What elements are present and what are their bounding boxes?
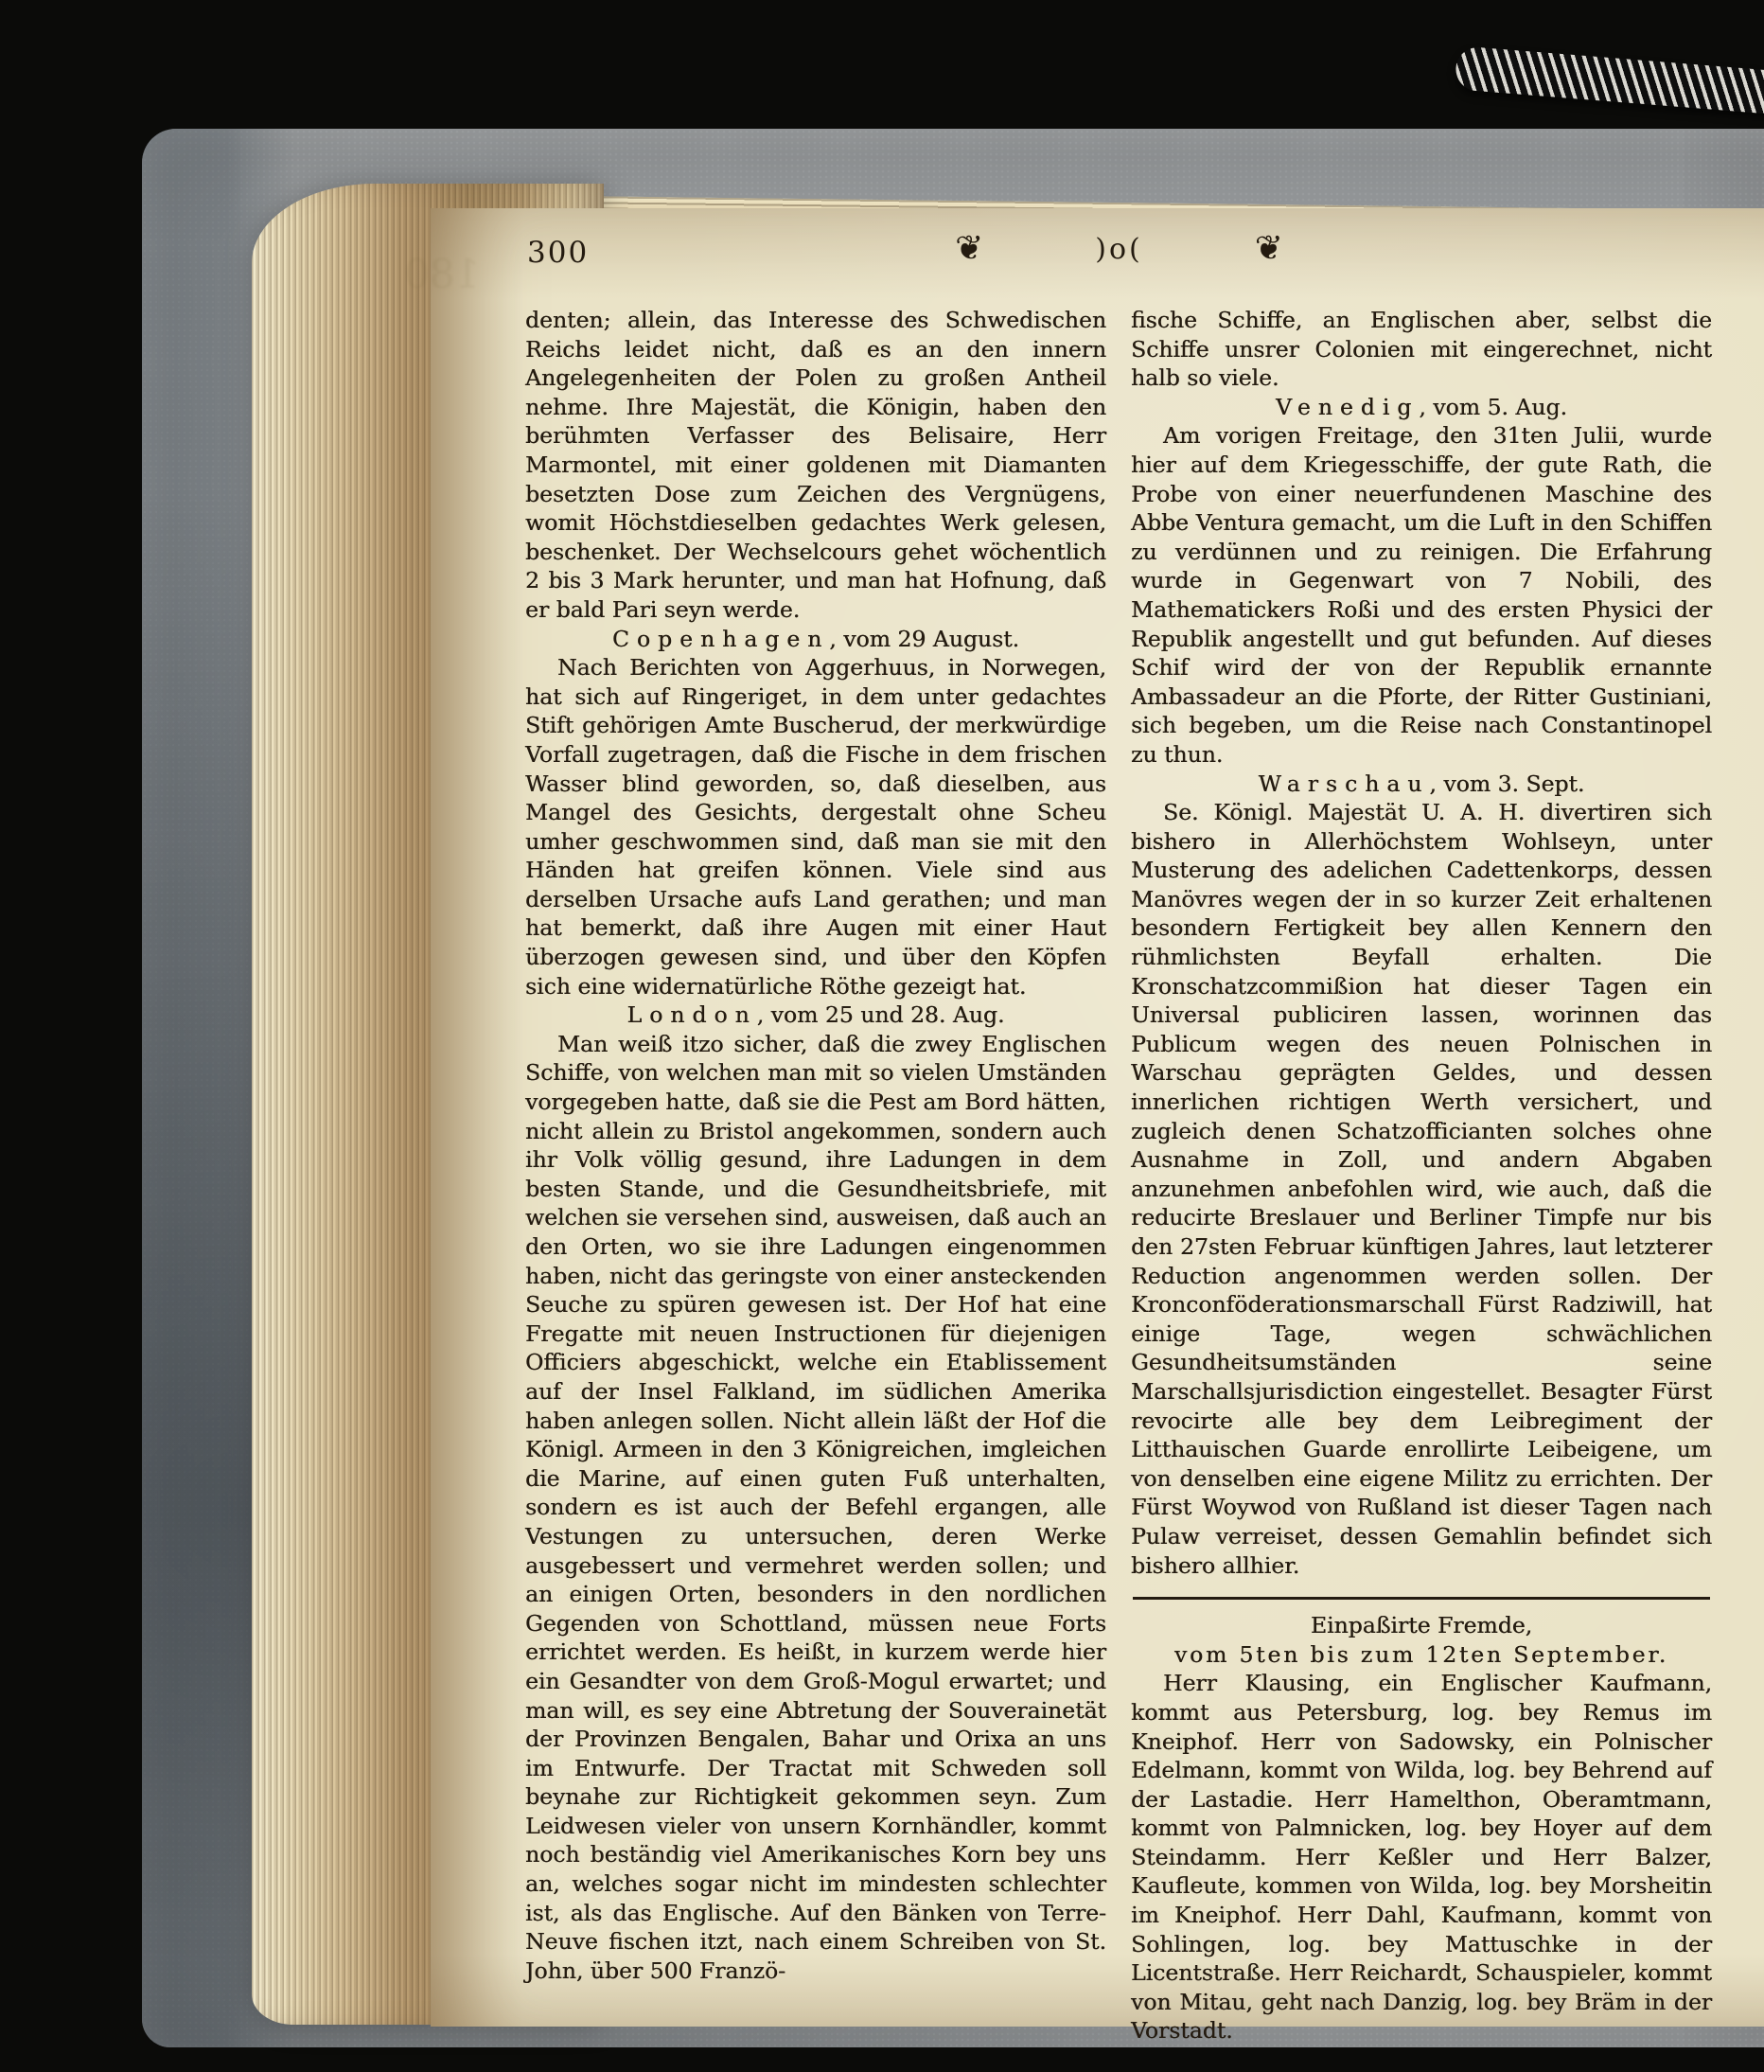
fleuron-icon: ❦ [955,232,983,266]
book-scan: { "colors": { "background": "#0b0b09", "… [0,0,1764,2072]
two-column-text: denten; allein, das Interesse des Schwed… [525,306,1713,2045]
dateline-date: , vom 5. Aug. [1419,394,1567,420]
dateline-heading: Venedig, vom 5. Aug. [1131,393,1712,422]
dateline-heading: Warschau, vom 3. Sept. [1131,770,1712,799]
article-paragraph: Herr Klausing, ein Englischer Kaufmann, … [1131,1669,1712,2045]
section-divider [1133,1597,1710,1600]
page-content: 180 300 ❦ )o( ❦ denten; allein, das Inte… [525,306,1713,2045]
article-paragraph: Se. Königl. Majestät U. A. H. divertiren… [1131,798,1712,1580]
article-paragraph: Man weiß itzo sicher, daß die zwey Engli… [525,1030,1106,1986]
article-paragraph: Am vorigen Freitage, den 31ten Julii, wu… [1131,421,1712,769]
show-through-ghost-text: 180 [404,251,480,297]
newspaper-page: 180 300 ❦ )o( ❦ denten; allein, das Inte… [431,208,1764,2027]
dateline-city: Warschau [1259,770,1430,797]
dateline-city: Copenhagen [612,626,829,652]
signature-mark: )o( [1095,233,1142,266]
dateline-heading: London, vom 25 und 28. Aug. [525,1001,1106,1030]
column-left: denten; allein, das Interesse des Schwed… [525,306,1106,2045]
header-ornament-row: ❦ )o( ❦ [525,232,1713,266]
dateline-city: Venedig [1276,394,1419,420]
article-paragraph: denten; allein, das Interesse des Schwed… [525,306,1106,625]
headband-stitching [1455,45,1764,115]
section-subtitle: vom 5ten bis zum 12ten September. [1131,1640,1712,1670]
dateline-date: , vom 3. Sept. [1429,770,1584,797]
article-paragraph: Nach Berichten von Aggerhuus, in Norwege… [525,653,1106,1001]
article-paragraph: fische Schiffe, an Englischen aber, selb… [1131,306,1712,393]
dateline-date: , vom 25 und 28. Aug. [757,1001,1005,1028]
dateline-heading: Copenhagen, vom 29 August. [525,625,1106,654]
dateline-city: London [627,1001,757,1028]
dateline-date: , vom 29 August. [829,626,1019,652]
section-title: Einpaßirte Fremde, [1131,1611,1712,1640]
fleuron-icon: ❦ [1255,232,1283,266]
column-right: fische Schiffe, an Englischen aber, selb… [1131,306,1712,2045]
